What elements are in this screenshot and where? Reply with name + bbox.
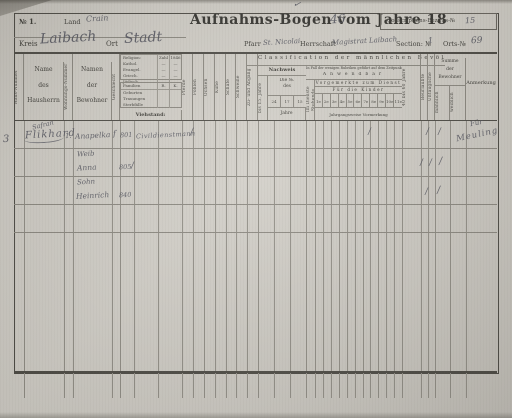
col-hausherr: Name des Hausherrn <box>24 62 64 120</box>
kreis-label: Kreis <box>19 40 38 48</box>
grid-vline <box>347 121 348 398</box>
weiblich-label: weiblich <box>450 85 465 120</box>
anmerkung-header: Anmerkung <box>466 80 496 90</box>
col-weiblich: weiblich <box>450 85 466 120</box>
ochsen-label: Ochsen <box>204 54 214 120</box>
col40-label: 40 bis 60 Jahre <box>402 54 420 120</box>
hw-r1-summe-mark-m: / <box>426 127 430 137</box>
haus-nummer-label: Haus-Nummer <box>14 54 23 120</box>
age-class-cell: 11e <box>394 94 401 107</box>
kuehe-label: Kühe <box>215 54 225 120</box>
age-class-cell: 3e <box>331 94 339 107</box>
col-fohlen: Fohlen <box>193 54 204 120</box>
grid-vline <box>386 121 387 398</box>
col-kuehe: Kühe <box>215 54 226 120</box>
grid-vline <box>355 121 356 398</box>
grid-vline <box>315 121 316 398</box>
nachweis-age-row: 24 17 15 <box>268 95 306 108</box>
familien-col-k: K. <box>169 83 181 89</box>
col-zugang: Zu- und Abgang <box>247 54 258 120</box>
grid-vline <box>258 121 259 398</box>
grid-vline <box>274 121 275 398</box>
classification-anwendbar: Anwendbar <box>306 72 402 79</box>
grid-vline <box>306 121 307 398</box>
age-class-cell: 2e <box>323 94 331 107</box>
hw-r3-mark1: / <box>425 187 429 197</box>
nachweis-jahre: Jahre <box>268 108 306 120</box>
familien-col-r: R. <box>157 83 169 89</box>
schweine-label: Schweine <box>236 54 246 120</box>
hw-haus-nummer: 3 <box>3 134 10 145</box>
hw-r3-mark2: / <box>437 185 441 196</box>
scan-bottom-edge <box>0 412 512 418</box>
grid-hline <box>14 204 497 205</box>
hw-r3-name: Heinrich <box>76 190 110 201</box>
grid-vline <box>435 121 436 398</box>
beurlaubte-label: Beurlaubte <box>421 54 427 120</box>
grid-vline <box>466 121 467 398</box>
age-class-cell: 5e <box>347 94 355 107</box>
religion-box: Religion: Zahl 1846 Kathol.—— Evangel.——… <box>120 54 182 80</box>
age-class-cell: 1e <box>315 94 323 107</box>
viehstand-label: Viehstand: <box>120 110 182 120</box>
grid-hline <box>14 176 497 177</box>
familien-row: Sterbfälle <box>121 102 181 108</box>
hw-r1-mark2: / <box>190 127 194 138</box>
bis15-label: bis 15. Jahre <box>258 76 267 120</box>
kreis-value-handwritten: Laibach <box>40 29 97 48</box>
col-haus-nummer: Haus-Nummer <box>14 54 24 120</box>
hw-wohnung: 1. <box>65 132 72 140</box>
grid-vline <box>24 121 25 398</box>
zugang-label: Zu- und Abgang <box>247 54 257 120</box>
orts-value-handwritten: 69 <box>471 36 483 47</box>
col-geschlecht: Geschlecht <box>112 54 120 120</box>
hw-r1-mark: f <box>113 129 116 138</box>
grid-bottom-rule <box>14 371 497 373</box>
grid-vline <box>323 121 324 398</box>
grid-vline <box>134 121 135 398</box>
scanned-census-form: № 1. Land Crain Aufnahms-Bogen vom Jahre… <box>0 0 512 418</box>
orts-label: Orts-№ <box>443 40 466 48</box>
col-schweine: Schweine <box>236 54 247 120</box>
familien-cell <box>169 102 181 108</box>
ort-value-handwritten: Stadt <box>124 29 163 47</box>
fohlen-label: Fohlen <box>193 54 203 120</box>
nachweis-title: Nachweis <box>258 67 306 75</box>
age-class-cell: 10e <box>386 94 394 107</box>
hw-r3-rel: Sohn <box>77 178 95 187</box>
col-bewohner: Namen der Bewohner <box>73 62 112 120</box>
age-24: 24 <box>268 96 281 107</box>
grid-vline <box>236 121 237 398</box>
age-class-row: 1e 2e 3e 4e 5e 6e 7e 8e 9e 10e 11e <box>315 93 402 108</box>
herrschaft-label: Herrschaft <box>300 40 336 48</box>
conscription-label: Conscriptions-Bezirks-№ <box>387 18 455 24</box>
geschlecht-label: Geschlecht <box>112 54 119 120</box>
col-bis15: bis 15. Jahre <box>258 76 268 120</box>
grid-vline <box>450 121 451 398</box>
grid-vline <box>331 121 332 398</box>
hw-r2-rel: Weib <box>77 150 95 159</box>
col-maennlich: männlich <box>435 85 450 120</box>
age-17: 17 <box>281 96 294 107</box>
table-header-bottom-rule <box>14 120 497 121</box>
ort-label: Ort <box>106 40 118 48</box>
grid-vline <box>204 121 205 398</box>
grid-vline <box>64 121 65 398</box>
grid-vline <box>193 121 194 398</box>
grid-hline <box>14 232 497 233</box>
age-class-cell: 4e <box>339 94 347 107</box>
section-value-handwritten: 1 <box>428 36 434 45</box>
grid-vline <box>226 121 227 398</box>
hw-r1-summe-mark-w: / <box>438 127 442 137</box>
untaugliche-label: Untaugliche <box>428 54 434 120</box>
pferde-label: Pferde <box>182 54 192 120</box>
col-40-60: 40 bis 60 Jahre <box>402 54 421 120</box>
summe-title: Summe der Bewohner <box>435 58 466 85</box>
grid-vline <box>290 121 291 398</box>
wohnungs-nummer-label: Wohnungs-Nummer <box>64 54 72 120</box>
hw-r2-jahr: 805 <box>119 163 132 172</box>
title-year-handwritten: 46 <box>330 12 346 27</box>
grid-hline <box>14 148 497 149</box>
age-class-cell: 7e <box>362 94 370 107</box>
col-beurlaubte: Beurlaubte <box>421 54 428 120</box>
scan-top-edge <box>0 0 512 4</box>
vormerkung-label: Jahrgangsweise Vormerkung <box>315 109 402 120</box>
grid-vline <box>247 121 248 398</box>
hw-r2-mark2: / <box>420 158 424 168</box>
maennlich-label: männlich <box>435 85 449 120</box>
grid-vline <box>370 121 371 398</box>
conscription-value-handwritten: 15 <box>465 16 476 26</box>
age-class-cell: 8e <box>370 94 378 107</box>
age-class-cell: 6e <box>354 94 362 107</box>
col-schafe: Schafe <box>226 54 236 120</box>
sheet-number: № 1. <box>19 17 36 26</box>
schafe-label: Schafe <box>226 54 235 120</box>
grid-vline <box>112 121 113 398</box>
hw-r1-name: Anapelka <box>75 130 111 141</box>
land-label: Land <box>64 18 81 26</box>
age-class-cell: 9e <box>378 94 386 107</box>
col-pferde: Pferde <box>182 54 193 120</box>
grid-vline <box>339 121 340 398</box>
grid-vline <box>394 121 395 398</box>
grid-vline <box>158 121 159 398</box>
hw-r1-class-mark: / <box>368 127 372 137</box>
hw-r2-mark4: / <box>439 156 443 167</box>
grid-vline <box>182 121 183 398</box>
familien-cell <box>157 102 169 108</box>
section-label: Section: № <box>396 40 431 48</box>
familien-header-row: Familien R. K. <box>121 83 181 90</box>
grid-vline <box>402 121 403 398</box>
col-wohnungs-nummer: Wohnungs-Nummer <box>64 54 73 120</box>
hw-r1-jahr: 801 <box>120 131 133 140</box>
familien-row-label: Sterbfälle <box>121 102 157 108</box>
land-value-handwritten: Crain <box>86 13 109 23</box>
hw-r2-mark3: / <box>429 158 433 168</box>
hw-r2-name: Anna <box>77 162 97 172</box>
im-dienste-label: Im Dienste Stehende <box>306 79 314 120</box>
stray-check-mark: ✓ <box>292 0 302 11</box>
col-ochsen: Ochsen <box>204 54 215 120</box>
nachweis-sub: Die №. des <box>268 78 306 94</box>
grid-vline <box>363 121 364 398</box>
familien-box: Familien R. K. Geburten Trauungen Sterbf… <box>120 82 182 108</box>
age-15: 15 <box>294 96 306 107</box>
grid-vline <box>73 121 74 398</box>
grid-vline <box>215 121 216 398</box>
pfarr-label: Pfarr <box>244 40 261 48</box>
hw-r3-jahr: 840 <box>119 191 132 200</box>
col-im-dienste: Im Dienste Stehende <box>306 79 315 120</box>
familien-header-label: Familien <box>121 83 157 89</box>
grid-vline <box>378 121 379 398</box>
col-untaugliche: Untaugliche <box>428 54 435 120</box>
conscription-box: Conscriptions-Bezirks-№ <box>380 13 497 30</box>
hw-r2-mark1: / <box>131 161 135 171</box>
